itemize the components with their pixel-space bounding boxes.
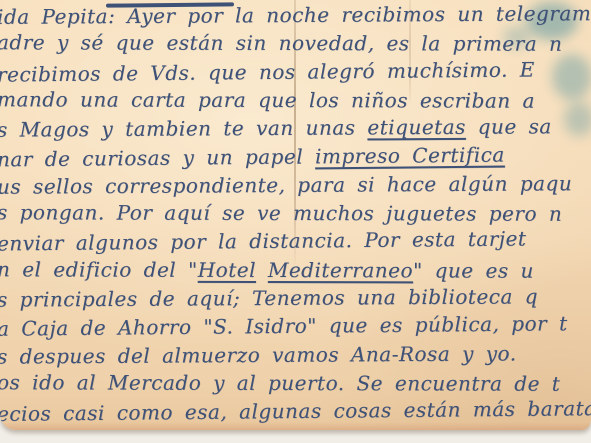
handwriting-line: n el edificio del "Hotel Mediterraneo" q… [0,257,534,282]
handwriting-text: s principales de aquí; Tenemos una bibli… [0,284,538,311]
handwriting-line: a Caja de Ahorro "S. Isidro" que es públ… [0,312,568,341]
handwriting-text: enviar algunos por la distancia. Por est… [0,227,527,256]
handwriting-text: " que es u [413,258,534,282]
postcard-scan: ida Pepita: Ayer por la noche recibimos … [0,0,591,443]
handwriting-text: recibimos de Vds. que nos alegró muchísi… [0,57,535,86]
handwriting-line: adre y sé que están sin novedad, es la p… [0,31,562,56]
handwriting-text: s Magos y tambien te van unas [0,116,367,142]
handwriting-text: adre y sé que están sin novedad, es la p… [0,31,562,56]
handwriting-line: ida Pepita: Ayer por la noche recibimos … [0,1,591,29]
handwriting-text: ida Pepita: Ayer por la noche recibimos … [0,1,591,29]
handwriting-line: mando una carta para que los niños escri… [0,87,535,112]
handwriting-text: nar de curiosas y un papel [0,144,315,171]
handwriting-line: s pongan. Por aquí se ve muchos juguetes… [0,200,562,225]
handwriting-text: a Caja de Ahorro "S. Isidro" que es públ… [0,312,568,341]
handwriting-line: us sellos correspondiente, para si hace … [0,171,572,199]
handwriting-line: s Magos y tambien te van unas etiquetas … [0,114,552,141]
handwriting-body: ida Pepita: Ayer por la noche recibimos … [0,0,591,430]
handwriting-line: s principales de aquí; Tenemos una bibli… [0,284,538,311]
handwriting-line: nar de curiosas y un papel impreso Certi… [0,142,505,171]
handwriting-text [256,258,268,282]
handwriting-line: enviar algunos por la distancia. Por est… [0,227,527,256]
postcard-paper: ida Pepita: Ayer por la noche recibimos … [0,0,591,430]
handwriting-text: us sellos correspondiente, para si hace … [0,171,572,199]
underlined-phrase: impreso Certifica [315,142,505,168]
handwriting-text: que sa [466,114,552,139]
handwriting-text: ecios casi como esa, algunas cosas están… [0,396,591,426]
underlined-phrase: Mediterraneo [268,258,413,282]
handwriting-text: mando una carta para que los niños escri… [0,87,535,112]
handwriting-line: s despues del almuerzo vamos Ana-Rosa y … [0,341,517,368]
handwriting-text: os ido al Mercado y al puerto. Se encuen… [0,370,560,395]
handwriting-text: s pongan. Por aquí se ve muchos juguetes… [0,200,562,225]
handwriting-text: n el edificio del " [0,257,198,282]
underlined-phrase: Hotel [198,258,256,282]
handwriting-line: os ido al Mercado y al puerto. Se encuen… [0,370,560,395]
handwriting-line: recibimos de Vds. que nos alegró muchísi… [0,57,535,86]
handwriting-line: ecios casi como esa, algunas cosas están… [0,396,591,426]
handwriting-text: s despues del almuerzo vamos Ana-Rosa y … [0,341,517,368]
scanner-background [0,430,591,443]
underlined-phrase: etiquetas [367,115,466,140]
